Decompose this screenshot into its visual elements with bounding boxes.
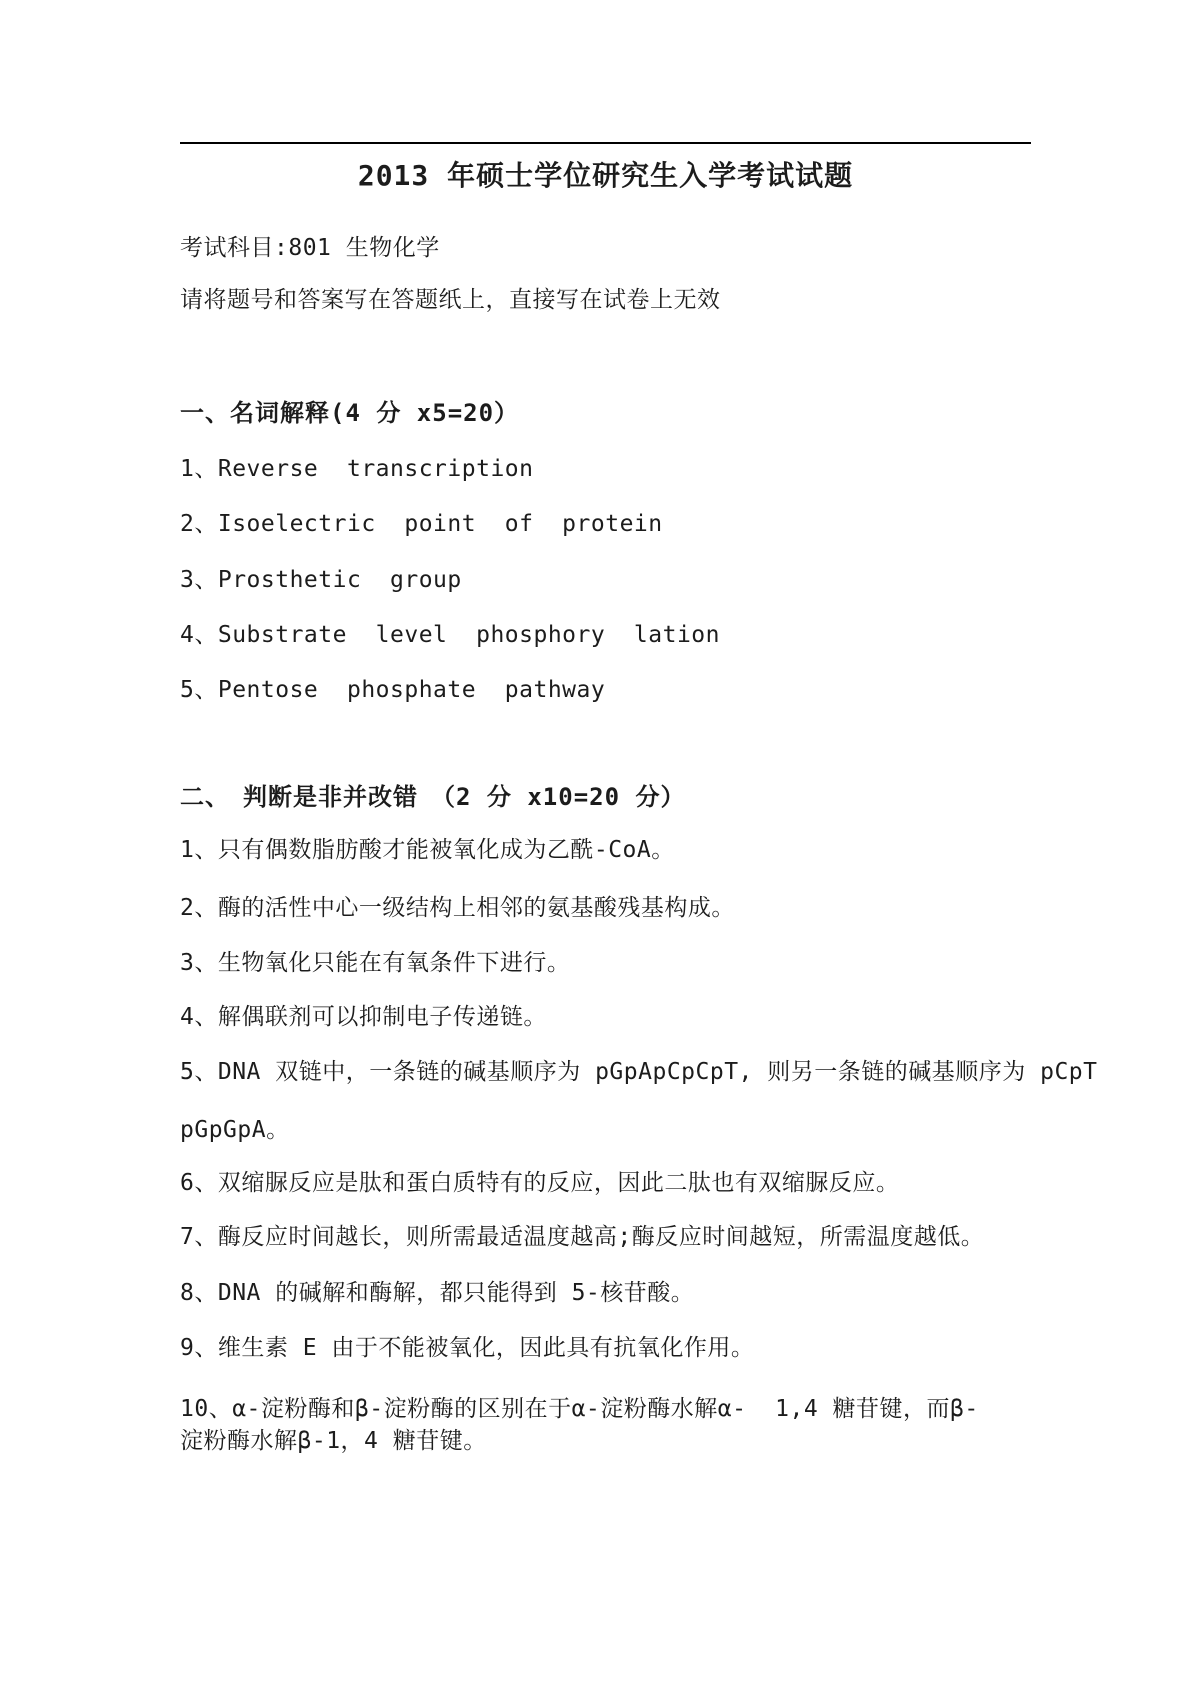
judgement-item-4: 4、解偶联剂可以抑制电子传递链。 [180,1000,547,1034]
section-2-heading: 二、 判断是非并改错 （2 分 x10=20 分） [180,779,686,815]
definition-item-2: 2、Isoelectric point of protein [180,507,663,541]
judgement-item-9: 9、维生素 E 由于不能被氧化，因此具有抗氧化作用。 [180,1331,754,1365]
judgement-item-1: 1、只有偶数脂肪酸才能被氧化成为乙酰-CoA。 [180,833,675,867]
exam-subject-line: 考试科目:801 生物化学 [180,231,440,265]
judgement-item-10-line-1: 10、α-淀粉酶和β-淀粉酶的区别在于α-淀粉酶水解α- 1,4 糖苷键，而β- [180,1392,979,1426]
judgement-item-8: 8、DNA 的碱解和酶解，都只能得到 5-核苷酸。 [180,1276,694,1310]
judgement-item-5-line-1: 5、DNA 双链中，一条链的碱基顺序为 pGpApCpCpT, 则另一条链的碱基… [180,1055,1098,1089]
answer-instruction-line: 请将题号和答案写在答题纸上，直接写在试卷上无效 [180,283,721,317]
judgement-item-7: 7、酶反应时间越长，则所需最适温度越高;酶反应时间越短，所需温度越低。 [180,1220,984,1254]
judgement-item-10-line-2: 淀粉酶水解β-1，4 糖苷键。 [180,1424,487,1458]
exam-paper-page: 2013 年硕士学位研究生入学考试试题 考试科目:801 生物化学 请将题号和答… [0,0,1190,1683]
definition-item-1: 1、Reverse transcription [180,452,534,486]
judgement-item-3: 3、生物氧化只能在有氧条件下进行。 [180,946,570,980]
section-1-heading: 一、名词解释(4 分 x5=20） [180,395,519,431]
judgement-item-6: 6、双缩脲反应是肽和蛋白质特有的反应，因此二肽也有双缩脲反应。 [180,1166,899,1200]
definition-item-3: 3、Prosthetic group [180,563,462,597]
judgement-item-5-line-2: pGpGpA。 [180,1113,290,1147]
judgement-item-2: 2、酶的活性中心一级结构上相邻的氨基酸残基构成。 [180,891,735,925]
page-title: 2013 年硕士学位研究生入学考试试题 [180,156,1031,196]
definition-item-4: 4、Substrate level phosphory lation [180,618,720,652]
definition-item-5: 5、Pentose phosphate pathway [180,673,605,707]
header-divider-line [180,142,1031,144]
